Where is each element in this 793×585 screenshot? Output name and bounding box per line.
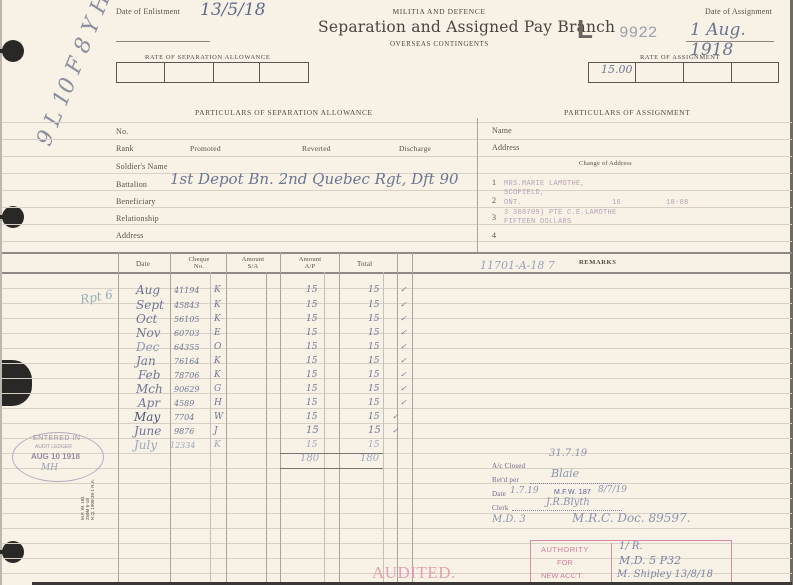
battalion-label: Battalion	[116, 180, 147, 189]
line-number-4: 4	[492, 231, 496, 240]
clerk-value: J.R.Blyth	[546, 497, 590, 508]
typed-address-line: SCOFIELD,	[504, 189, 545, 197]
rate-separation-cell	[260, 63, 308, 82]
promoted-label: Promoted	[190, 144, 221, 153]
audited-stamp: AUDITED.	[372, 563, 456, 583]
assignment-date-label: Date of Assignment	[705, 7, 772, 16]
form-title: Separation and Assigned Pay Branch	[318, 18, 615, 36]
ledger-row: Aug 41194 K 15 15 ✓	[120, 283, 410, 298]
typed-address-line: 3 308709) PTE C.E.LAMOTHE	[504, 209, 617, 217]
date-value-2: 8/7/19	[598, 485, 627, 495]
ledger-row: Feb 78706 K 15 15 ✓	[120, 368, 410, 383]
form-subtitle: OVERSEAS CONTINGENTS	[390, 40, 489, 48]
rate-separation-cell	[117, 63, 165, 82]
retd-per-value: Blaie	[551, 467, 579, 480]
remarks-heading: REMARKS	[579, 259, 616, 266]
ledger-row: Apr 4589 H 15 15 ✓	[120, 396, 410, 411]
enlistment-underline	[116, 41, 210, 42]
enlistment-date-label: Date of Enlistment	[116, 7, 180, 16]
rank-label: Rank	[116, 144, 134, 153]
ledger-row: May 7704 W 15 15 ✓	[120, 410, 410, 425]
line-number-3: 3	[492, 213, 496, 222]
reverted-label: Reverted	[302, 144, 331, 153]
date-label: Date	[492, 490, 506, 498]
form-ref-stamp: M.F.W. 187	[554, 489, 591, 496]
rate-separation-cell	[165, 63, 214, 82]
typed-address-line: FIFTEEN DOLLARS	[504, 218, 572, 226]
ac-closed-value: 31.7.19	[549, 448, 587, 459]
no-label: No.	[116, 127, 128, 136]
entered-stamp: ENTERED IN AUDIT LEDGER AUG 10 1918 MH	[12, 432, 104, 482]
typed-address-line: ONT. 16 18-08	[504, 199, 689, 207]
punch-hole-icon	[2, 541, 24, 563]
typed-address-line: MRS.MARIE LAMOTHE,	[504, 180, 585, 188]
ledger-row: Nov 60703 E 15 15 ✓	[120, 326, 410, 341]
date-value: 1.7.19	[510, 486, 539, 496]
line-number-1: 1	[492, 178, 496, 187]
assignment-underline	[686, 41, 774, 42]
rc-ref: M.R.C. Doc. 89597.	[572, 511, 691, 525]
retd-per-dots	[530, 483, 622, 484]
ledger-row: Oct 56105 K 15 15 ✓	[120, 312, 410, 327]
assignment-heading: PARTICULARS OF ASSIGNMENT	[564, 108, 690, 117]
rate-separation-boxes	[116, 62, 309, 83]
discharge-label: Discharge	[399, 144, 431, 153]
rate-assignment-cell	[684, 63, 732, 82]
rate-assignment-cell	[636, 63, 684, 82]
card-number: 9922	[619, 24, 657, 42]
form-code: M.F. W. 181 250M-5-18 H.Q. 1908-39-1 R.A…	[80, 479, 95, 520]
beneficiary-label: Beneficiary	[116, 197, 156, 206]
branch-letter: L	[577, 14, 593, 45]
line-number-2: 2	[492, 196, 496, 205]
ledger-card: 9 L 10 F 8 Y H P P Date of Enlistment 13…	[0, 0, 793, 585]
rate-separation-cell	[214, 63, 260, 82]
remarks-file-ref: 11701-A-18 7	[480, 259, 555, 272]
md-ref: M.D. 3	[492, 514, 526, 525]
department-label: MILITIA AND DEFENCE	[374, 7, 504, 16]
separation-heading: PARTICULARS OF SEPARATION ALLOWANCE	[195, 108, 373, 117]
soldier-name-label: Soldier's Name	[116, 162, 168, 171]
authority-stamp: AUTHORITY FOR NEW ACC'T. 1/ R. M.D. 5 P3…	[530, 540, 732, 585]
col-cheque-header: Cheque No.	[184, 256, 214, 270]
ledger-row: Jan 76164 K 15 15 ✓	[120, 354, 410, 369]
assignment-name-label: Name	[492, 126, 512, 135]
torn-hole-icon	[2, 360, 32, 406]
relationship-label: Relationship	[116, 214, 159, 223]
punch-hole-icon	[2, 40, 24, 62]
change-of-address-label: Change of Address	[579, 160, 632, 167]
col-total-header: Total	[357, 260, 372, 268]
sum-rule-bottom	[280, 468, 383, 469]
col-amount-sa-header: Amount S/A	[238, 256, 268, 270]
rate-assignment-cell	[732, 63, 778, 82]
ledger-row: July 12334 K 15 15	[120, 438, 410, 453]
battalion-value: 1st Depot Bn. 2nd Quebec Rgt, Dft 90	[170, 170, 459, 188]
enlistment-date-value: 13/5/18	[200, 0, 266, 20]
ledger-row: June 9876 J 15 15 ✓	[120, 424, 410, 439]
rate-separation-label: RATE OF SEPARATION ALLOWANCE	[145, 54, 270, 61]
assignment-address-label: Address	[492, 143, 520, 152]
col-date-header: Date	[136, 260, 150, 268]
col-amount-ap-header: Amount A/P	[294, 256, 326, 270]
ac-closed-label: A/c Closed	[492, 462, 525, 470]
ledger-row: Mch 90629 G 15 15 ✓	[120, 382, 410, 397]
ledger-row: Sept 45843 K 15 15 ✓	[120, 298, 410, 313]
ledger-row: Dec 64355 O 15 15 ✓	[120, 340, 410, 355]
retd-per-label: Ret'd per	[492, 476, 519, 484]
address-label: Address	[116, 231, 144, 240]
sum-total: 180	[360, 453, 379, 464]
clerk-label: Clerk	[492, 504, 509, 512]
rate-assignment-label: RATE OF ASSIGNMENT	[640, 54, 720, 61]
sum-amount-ap: 180	[300, 453, 319, 464]
rate-assignment-cell: 15.00	[589, 63, 636, 82]
rate-assignment-boxes: 15.00	[588, 62, 779, 83]
